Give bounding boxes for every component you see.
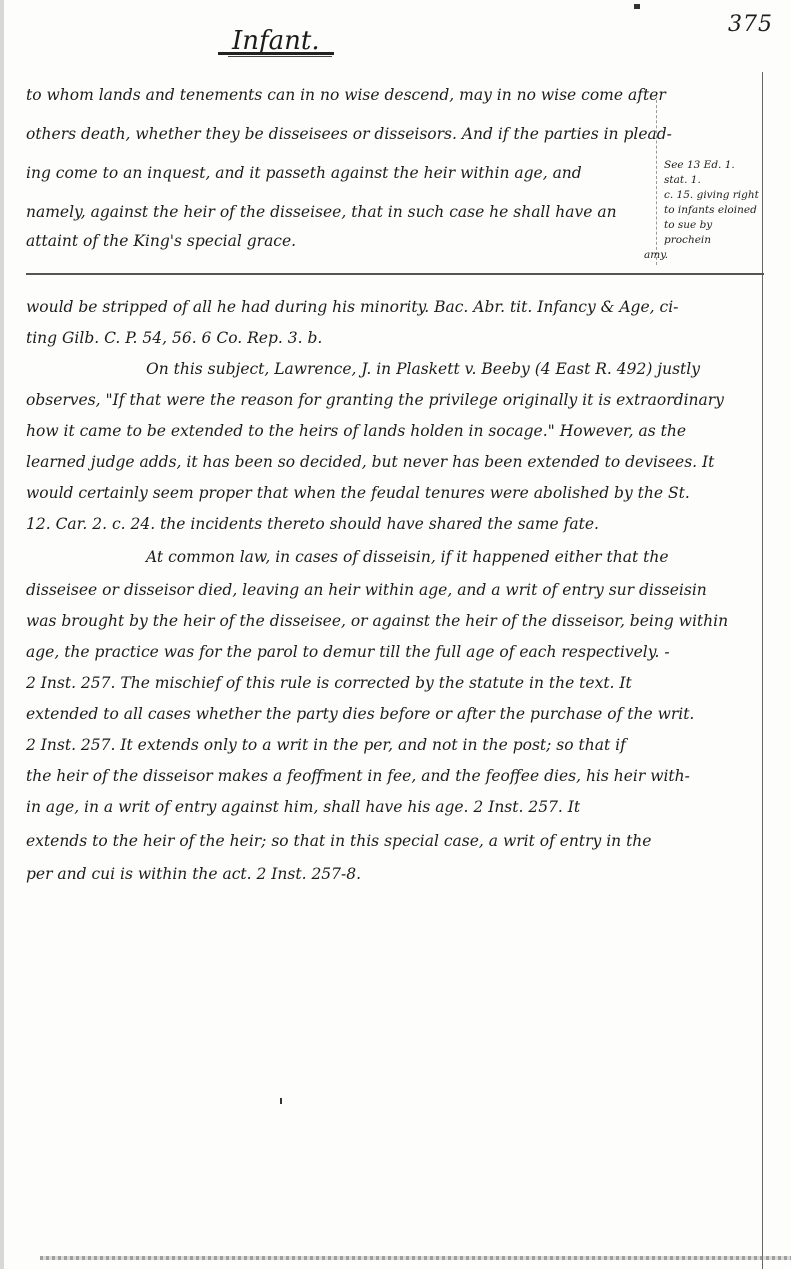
- text-line: 2 Inst. 257. The mischief of this rule i…: [26, 674, 632, 692]
- text-line: namely, against the heir of the disseise…: [26, 203, 617, 221]
- text-line: On this subject, Lawrence, J. in Plasket…: [146, 360, 700, 378]
- text-line: ing come to an inquest, and it passeth a…: [26, 164, 582, 182]
- margin-note: See 13 Ed. 1. stat. 1. c. 15. giving rig…: [664, 158, 759, 263]
- text-line: the heir of the disseisor makes a feoffm…: [26, 767, 690, 785]
- title-underline-secondary: [228, 56, 332, 57]
- text-line: to whom lands and tenements can in no wi…: [26, 86, 666, 104]
- text-line: extends to the heir of the heir; so that…: [26, 832, 651, 850]
- margin-note-line: to infants eloined: [664, 203, 759, 218]
- text-line: would be stripped of all he had during h…: [26, 298, 678, 316]
- scan-edge: [0, 0, 4, 1269]
- margin-note-line: c. 15. giving right: [664, 188, 759, 203]
- page-number: 375: [728, 12, 773, 37]
- text-line: in age, in a writ of entry against him, …: [26, 798, 580, 816]
- text-line: per and cui is within the act. 2 Inst. 2…: [26, 865, 361, 883]
- text-line: was brought by the heir of the disseisee…: [26, 612, 728, 630]
- text-line: extended to all cases whether the party …: [26, 705, 694, 723]
- ink-mark: [634, 4, 640, 9]
- text-line: 12. Car. 2. c. 24. the incidents thereto…: [26, 515, 599, 533]
- text-line: ting Gilb. C. P. 54, 56. 6 Co. Rep. 3. b…: [26, 329, 322, 347]
- text-line: how it came to be extended to the heirs …: [26, 422, 686, 440]
- margin-note-line: See 13 Ed. 1. stat. 1.: [664, 158, 759, 188]
- text-line: others death, whether they be disseisees…: [26, 125, 672, 143]
- manuscript-page: 375 Infant. to whom lands and tenements …: [0, 0, 791, 1269]
- margin-rule: [656, 95, 657, 265]
- text-line: At common law, in cases of disseisin, if…: [146, 548, 669, 566]
- text-line: age, the practice was for the parol to d…: [26, 643, 670, 661]
- text-line: attaint of the King's special grace.: [26, 232, 296, 250]
- title-underline: [218, 52, 334, 55]
- text-line: observes, "If that were the reason for g…: [26, 391, 724, 409]
- section-divider: [26, 273, 764, 275]
- ink-mark: [280, 1098, 282, 1104]
- text-line: would certainly seem proper that when th…: [26, 484, 690, 502]
- margin-note-line: amy.: [644, 248, 759, 263]
- text-line: learned judge adds, it has been so decid…: [26, 453, 714, 471]
- text-line: disseisee or disseisor died, leaving an …: [26, 581, 707, 599]
- scan-edge-noise: [40, 1256, 791, 1260]
- margin-rule: [762, 72, 763, 1269]
- margin-note-line: to sue by prochein: [664, 218, 759, 248]
- text-line: 2 Inst. 257. It extends only to a writ i…: [26, 736, 626, 754]
